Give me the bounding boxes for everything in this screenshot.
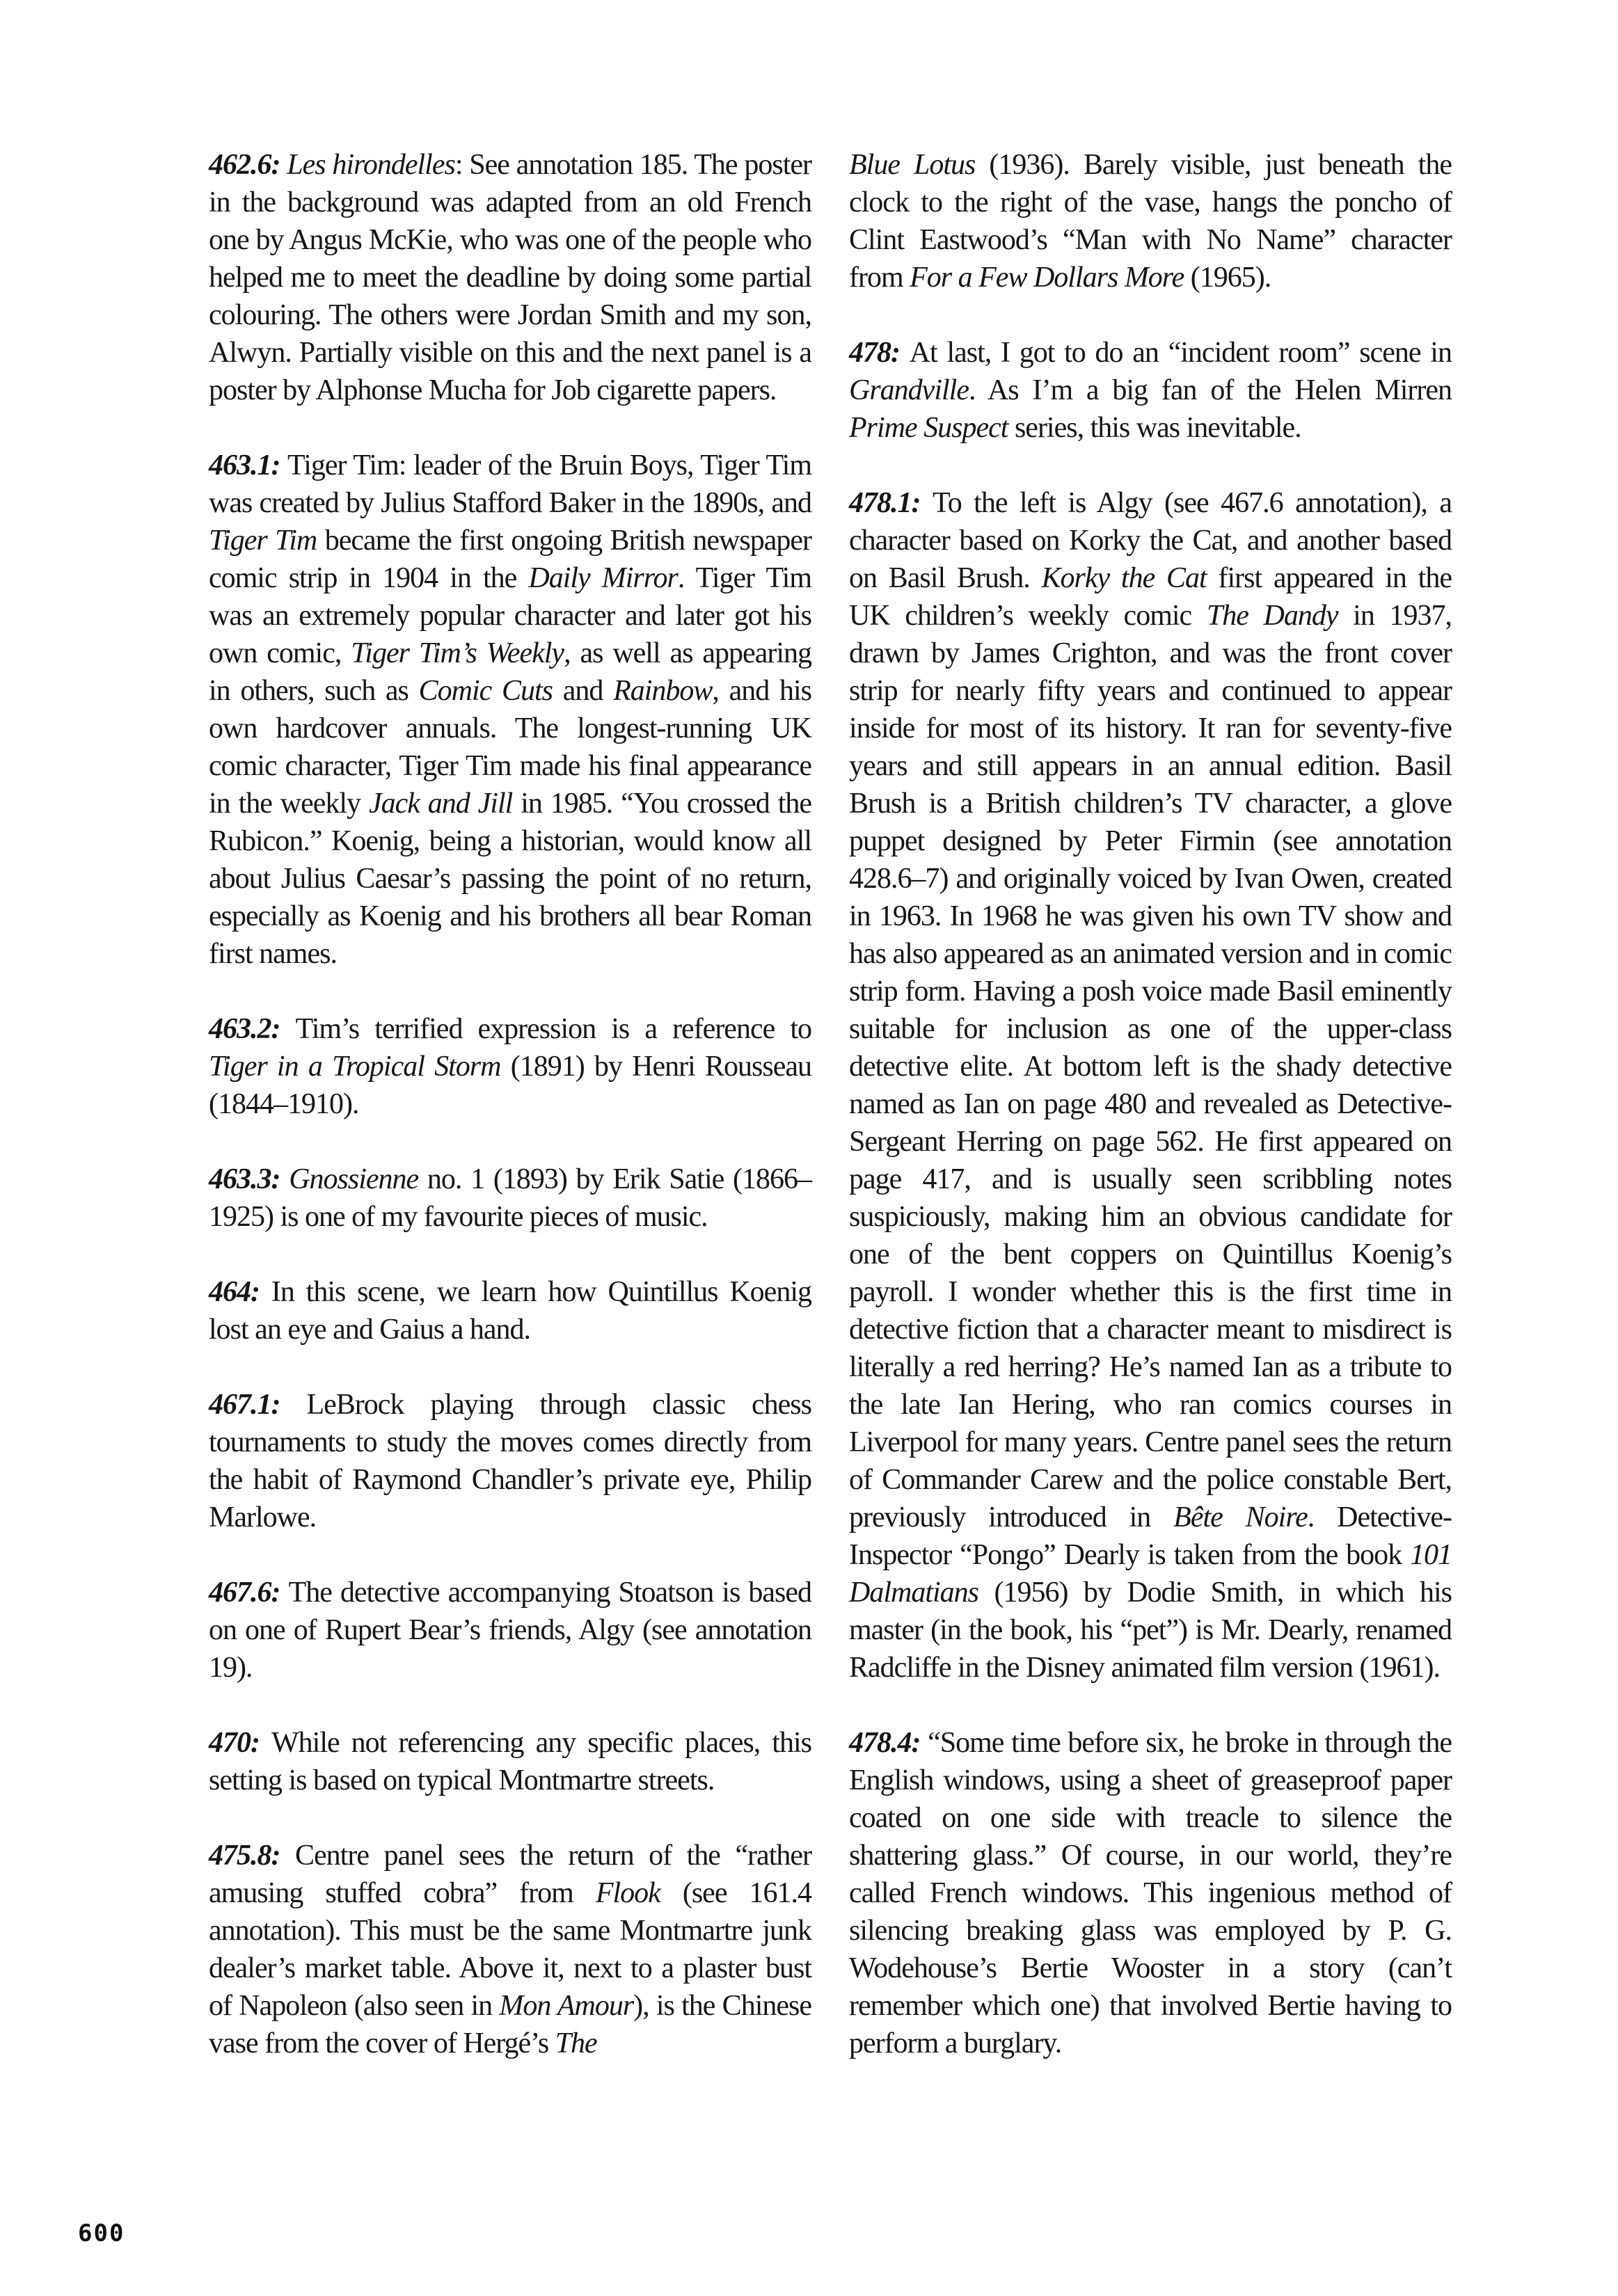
book-page: 462.6: Les hirondelles: See annotation 1…: [0, 0, 1618, 2296]
annotation-number: 478.4:: [849, 1727, 928, 1759]
italic-text-run: Tiger Tim: [209, 525, 317, 557]
italic-text-run: Comic Cuts: [419, 675, 553, 707]
text-run: While not referencing any specific place…: [209, 1727, 811, 1796]
annotation: 478.4: “Some time before six, he broke i…: [849, 1724, 1452, 2062]
annotation-number: 463.3:: [209, 1163, 289, 1195]
annotation: 470: While not referencing any specific …: [209, 1724, 811, 1799]
annotation-number: 463.2:: [209, 1013, 296, 1045]
italic-text-run: Rainbow: [613, 675, 712, 707]
annotation-number: 478:: [849, 337, 910, 369]
text-run: (1965).: [1184, 262, 1271, 294]
annotation: 467.6: The detective accompanying Stoats…: [209, 1574, 811, 1687]
italic-text-run: The: [555, 2027, 597, 2059]
italic-text-run: Prime Suspect: [849, 412, 1008, 444]
text-run: At last, I got to do an “incident room” …: [910, 337, 1452, 369]
annotation-number: 475.8:: [209, 1840, 295, 1872]
italic-text-run: Jack and Jill: [369, 788, 512, 820]
annotation-number: 467.1:: [209, 1389, 307, 1421]
annotation: 463.1: Tiger Tim: leader of the Bruin Bo…: [209, 447, 811, 973]
text-run: Tiger Tim: leader of the Bruin Boys, Tig…: [209, 449, 811, 519]
italic-text-run: Gnossienne: [289, 1163, 418, 1195]
italic-text-run: Korky the Cat: [1042, 562, 1207, 594]
italic-text-run: Flook: [596, 1877, 660, 1909]
text-run: and: [553, 675, 613, 707]
right-column: Blue Lotus (1936). Barely visible, just …: [849, 146, 1452, 2100]
page-number: 600: [78, 2219, 125, 2247]
annotation: 478: At last, I got to do an “incident r…: [849, 334, 1452, 447]
annotation-number: 470:: [209, 1727, 271, 1759]
text-run: in 1937, drawn by James Crighton, and wa…: [849, 600, 1452, 1533]
italic-text-run: Bête Noire: [1173, 1501, 1308, 1533]
annotation: 478.1: To the left is Algy (see 467.6 an…: [849, 484, 1452, 1687]
italic-text-run: Mon Amour: [499, 1990, 633, 2022]
annotation: 462.6: Les hirondelles: See annotation 1…: [209, 146, 811, 409]
annotation-number: 478.1:: [849, 487, 933, 519]
annotation-number: 467.6:: [209, 1577, 289, 1609]
annotation-number: 462.6:: [209, 149, 287, 181]
text-run: . As I’m a big fan of the Helen Mirren: [969, 374, 1452, 406]
annotation: 463.2: Tim’s terrified expression is a r…: [209, 1010, 811, 1123]
text-run: : See annotation 185. The poster in the …: [209, 149, 811, 406]
italic-text-run: Blue Lotus: [849, 149, 975, 181]
text-run: Tim’s terrified expression is a referenc…: [296, 1013, 811, 1045]
annotation: 463.3: Gnossienne no. 1 (1893) by Erik S…: [209, 1161, 811, 1236]
annotation-number: 463.1:: [209, 449, 287, 481]
italic-text-run: Les hirondelles: [287, 149, 455, 181]
text-run: series, this was inevitable.: [1008, 412, 1301, 444]
italic-text-run: Grandville: [849, 374, 969, 406]
annotation: Blue Lotus (1936). Barely visible, just …: [849, 146, 1452, 296]
italic-text-run: Tiger in a Tropical Storm: [209, 1051, 500, 1083]
italic-text-run: For a Few Dollars More: [910, 262, 1184, 294]
annotation: 464: In this scene, we learn how Quintil…: [209, 1273, 811, 1348]
left-column: 462.6: Les hirondelles: See annotation 1…: [209, 146, 811, 2100]
italic-text-run: Daily Mirror: [528, 562, 678, 594]
italic-text-run: Tiger Tim’s Weekly: [351, 637, 564, 669]
text-run: The detective accompanying Stoatson is b…: [209, 1577, 811, 1684]
italic-text-run: The Dandy: [1207, 600, 1338, 632]
text-run: In this scene, we learn how Quintillus K…: [209, 1276, 811, 1346]
annotation-number: 464:: [209, 1276, 271, 1308]
text-run: “Some time before six, he broke in throu…: [849, 1727, 1452, 2059]
annotation: 475.8: Centre panel sees the return of t…: [209, 1837, 811, 2062]
annotation: 467.1: LeBrock playing through classic c…: [209, 1386, 811, 1536]
